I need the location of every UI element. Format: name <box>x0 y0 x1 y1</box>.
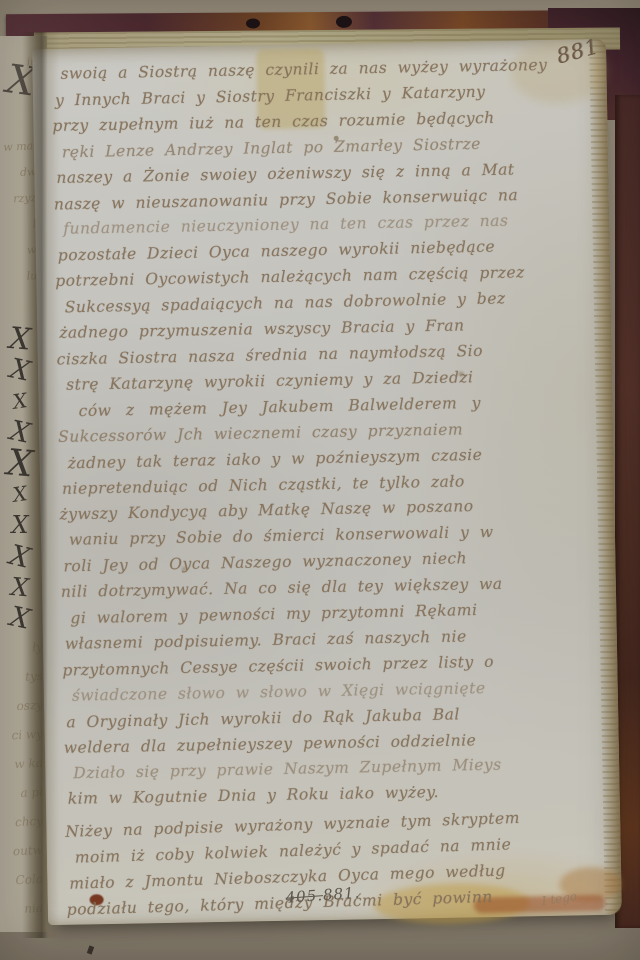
text-fragment: chcy <box>0 807 43 838</box>
current-number: 881. <box>322 884 361 905</box>
manuscript-photo: iusw małydworzyzklowolus X XXXXXXXXXX ły… <box>0 0 640 960</box>
text-fragment: w ka <box>0 749 43 780</box>
text-fragment: outw <box>0 836 43 867</box>
text-fragment: nia <box>0 894 43 924</box>
struck-number: 405. <box>285 886 324 907</box>
manuscript-page: 881 swoią a Siostrą naszę czynili za nas… <box>32 39 622 925</box>
text-fragment: Cola <box>0 865 43 896</box>
cover-wear-spot <box>336 16 352 28</box>
text-fragment: ci wy <box>0 720 43 751</box>
facing-page-text-fragments-bottom: łytysoszyci wyw kaa pichcyoutwColania <box>0 634 43 924</box>
x-mark: X <box>0 477 40 513</box>
cover-wear-spot <box>246 18 260 28</box>
x-mark: X <box>2 510 38 541</box>
x-marks-column: XXXXXXXXXX <box>2 324 38 634</box>
handwritten-text-block: swoią a Siostrą naszę czynili za nas wyż… <box>48 52 620 921</box>
text-fragment: a pi <box>0 778 43 809</box>
text-fragment: ły <box>0 634 43 664</box>
text-fragment: oszy <box>0 691 43 722</box>
table-debris-speck <box>87 945 94 954</box>
text-fragment: tys <box>0 662 43 693</box>
